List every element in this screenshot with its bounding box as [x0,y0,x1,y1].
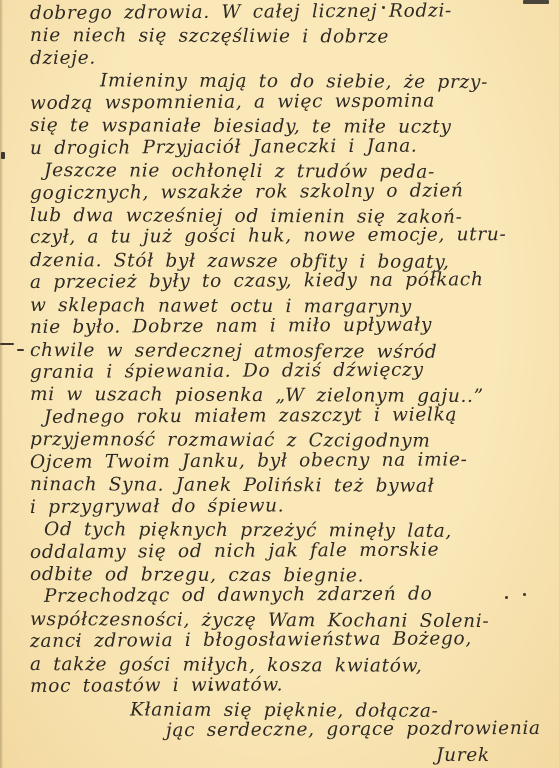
letter-line: czył, a tu już gości huk, nowe emocje, u… [28,224,559,250]
letter-line: wodzą wspomnienia, a więc wspomina [28,90,559,116]
letter-body: dobrego zdrowia. W całej licznej Rodzi-n… [28,3,559,766]
margin-dash-mark [0,343,14,345]
letter-line: Jednego roku miałem zaszczyt i wielką [28,404,559,430]
letter-line: dobrego zdrowia. W całej licznej Rodzi- [28,0,559,25]
letter-line: Ojcem Twoim Janku, był obecny na imie- [28,449,559,475]
letter-line: Przechodząc od dawnych zdarzeń do [28,583,559,609]
letter-line: jąc serdeczne, gorące pozdrowienia [28,718,559,744]
page-left-edge-shadow [0,0,3,768]
letter-line: a przecież były to czasy, kiedy na półka… [28,269,559,295]
letter-line: grania i śpiewania. Do dziś dźwięczy [28,359,559,385]
margin-dash-mark [17,349,24,351]
letter-page: dobrego zdrowia. W całej licznej Rodzi-n… [0,0,559,768]
letter-line: moc toastów i wiwatów. [28,673,559,699]
letter-line: nie było. Dobrze nam i miło upływały [28,314,559,340]
letter-line: oddalamy się od nich jak fale morskie [28,538,559,564]
letter-line: Jurek [28,743,559,768]
paper-speck [1,152,5,159]
letter-line: i przygrywał do śpiewu. [28,493,559,519]
letter-line: zanci zdrowia i błogosławieństwa Bożego, [28,628,559,654]
letter-line: u drogich Przyjaciół Janeczki i Jana. [28,134,559,160]
letter-line: gogicznych, wszakże rok szkolny o dzień [28,179,559,205]
letter-line: dzieje. [28,45,559,71]
